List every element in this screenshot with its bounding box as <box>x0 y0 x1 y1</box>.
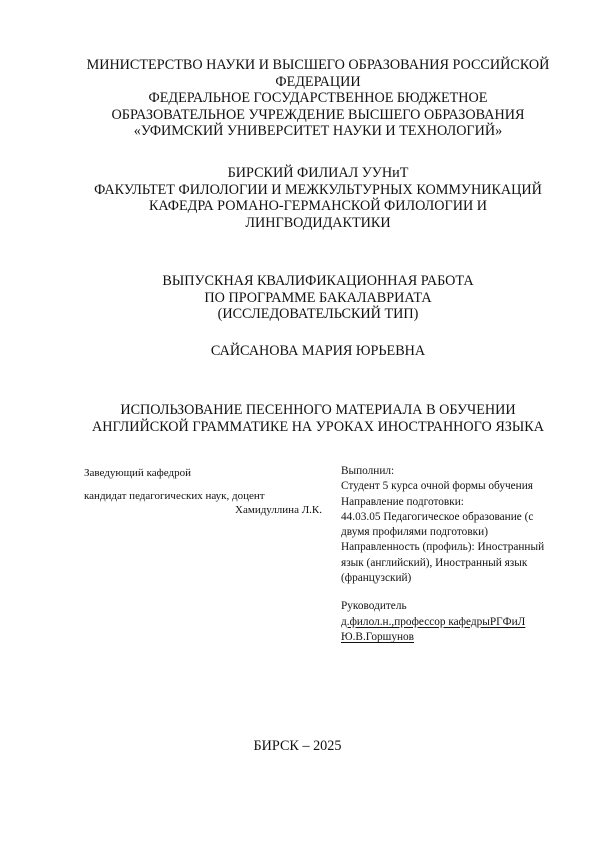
faculty-name: ФАКУЛЬТЕТ ФИЛОЛОГИИ И МЕЖКУЛЬТУРНЫХ КОММ… <box>60 182 576 199</box>
supervisor-name: Ю.В.Горшунов <box>341 630 566 645</box>
student-info-line: Направленность (профиль): Иностранный <box>341 540 566 555</box>
ministry-line: ОБРАЗОВАТЕЛЬНОЕ УЧРЕЖДЕНИЕ ВЫСШЕГО ОБРАЗ… <box>60 107 576 124</box>
work-type-line: ВЫПУСКНАЯ КВАЛИФИКАЦИОННАЯ РАБОТА <box>60 273 576 290</box>
department-line: КАФЕДРА РОМАНО-ГЕРМАНСКОЙ ФИЛОЛОГИИ И <box>60 198 576 215</box>
author-name: САЙСАНОВА МАРИЯ ЮРЬЕВНА <box>60 343 576 360</box>
supervisor-label: Руководитель <box>341 599 566 614</box>
thesis-title-line: АНГЛИЙСКОЙ ГРАММАТИКЕ НА УРОКАХ ИНОСТРАН… <box>60 419 576 436</box>
performed-by-block: Выполнил: Студент 5 курса очной формы об… <box>341 464 566 645</box>
student-info-line: (французский) <box>341 571 566 586</box>
ministry-line: МИНИСТЕРСТВО НАУКИ И ВЫСШЕГО ОБРАЗОВАНИЯ… <box>60 57 576 74</box>
thesis-title-line: ИСПОЛЬЗОВАНИЕ ПЕСЕННОГО МАТЕРИАЛА В ОБУЧ… <box>60 402 576 419</box>
university-name: «УФИМСКИЙ УНИВЕРСИТЕТ НАУКИ И ТЕХНОЛОГИЙ… <box>60 123 576 140</box>
title-page: МИНИСТЕРСТВО НАУКИ И ВЫСШЕГО ОБРАЗОВАНИЯ… <box>0 0 595 841</box>
student-info-line: Студент 5 курса очной формы обучения <box>341 479 566 494</box>
work-type: ВЫПУСКНАЯ КВАЛИФИКАЦИОННАЯ РАБОТА ПО ПРО… <box>60 273 576 323</box>
student-info-line: 44.03.05 Педагогическое образование (с <box>341 510 566 525</box>
student-info-line: двумя профилями подготовки) <box>341 525 566 540</box>
city-year: БИРСК – 2025 <box>0 738 595 754</box>
spacer <box>341 586 566 599</box>
student-info-line: Направление подготовки: <box>341 495 566 510</box>
work-type-line: ПО ПРОГРАММЕ БАКАЛАВРИАТА <box>60 290 576 307</box>
student-info-line: язык (английский), Иностранный язык <box>341 556 566 571</box>
supervisor-title: д.филол.н.,профессор кафедрыРГФиЛ <box>341 615 566 630</box>
department-line: ЛИНГВОДИДАКТИКИ <box>60 215 576 232</box>
ministry-line: ФЕДЕРАЛЬНОЕ ГОСУДАРСТВЕННОЕ БЮДЖЕТНОЕ <box>60 90 576 107</box>
performed-by-label: Выполнил: <box>341 464 566 479</box>
branch-header: БИРСКИЙ ФИЛИАЛ УУНиТ ФАКУЛЬТЕТ ФИЛОЛОГИИ… <box>60 165 576 231</box>
head-of-department-label: Заведующий кафедрой <box>84 466 191 480</box>
ministry-header: МИНИСТЕРСТВО НАУКИ И ВЫСШЕГО ОБРАЗОВАНИЯ… <box>60 57 576 140</box>
head-of-department-degree: кандидат педагогических наук, доцент <box>84 489 265 503</box>
ministry-line: ФЕДЕРАЦИИ <box>60 74 576 91</box>
work-type-line: (ИССЛЕДОВАТЕЛЬСКИЙ ТИП) <box>60 306 576 323</box>
author-name-text: САЙСАНОВА МАРИЯ ЮРЬЕВНА <box>60 343 576 360</box>
head-of-department-name: Хамидуллина Л.К. <box>235 503 322 517</box>
branch-name: БИРСКИЙ ФИЛИАЛ УУНиТ <box>60 165 576 182</box>
thesis-title: ИСПОЛЬЗОВАНИЕ ПЕСЕННОГО МАТЕРИАЛА В ОБУЧ… <box>60 402 576 435</box>
